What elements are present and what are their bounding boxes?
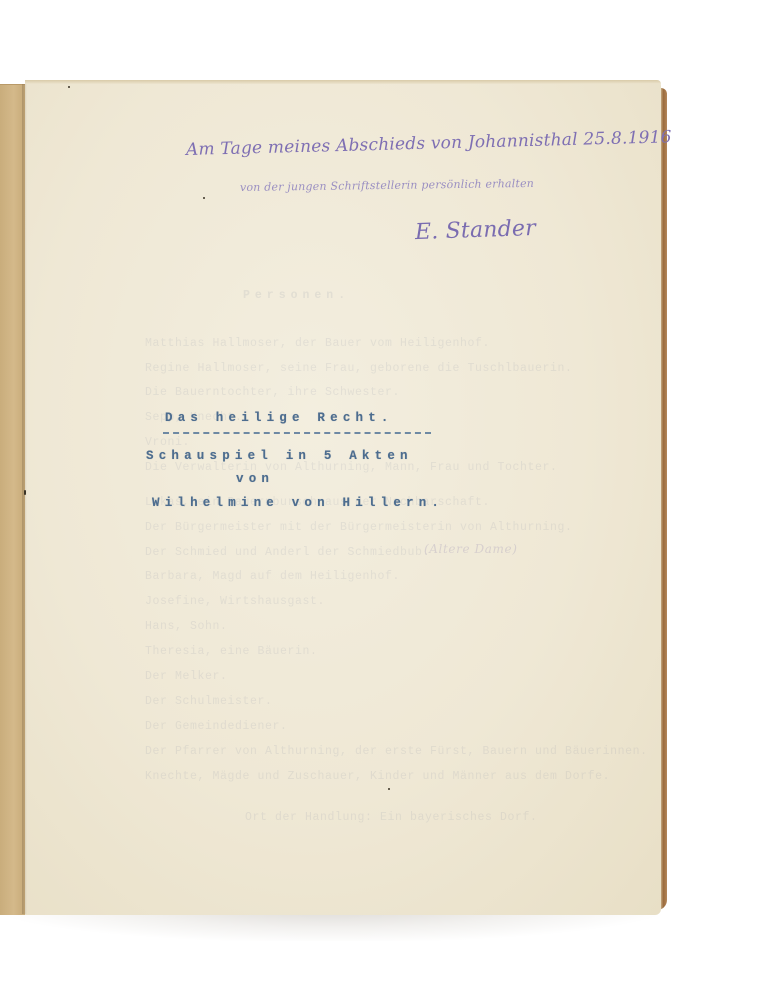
bleed-through-line: Knechte, Mägde und Zuschauer, Kinder und…	[145, 770, 610, 783]
handwritten-signature: E. Stander	[415, 216, 537, 245]
bleed-through-line: Josefine, Wirtshausgast.	[145, 595, 325, 608]
bleed-through-line: Matthias Hallmoser, der Bauer vom Heilig…	[145, 337, 490, 350]
paper-speck	[388, 788, 390, 790]
bleed-through-line: Der Gemeindediener.	[145, 720, 288, 733]
paper-speck	[24, 490, 26, 495]
bleed-through-handwritten-note: (Altere Dame)	[424, 542, 518, 556]
bleed-through-line: Der Schmied und Anderl der Schmiedbub.	[145, 546, 430, 559]
bleed-through-line: Barbara, Magd auf dem Heiligenhof.	[145, 570, 400, 583]
bleed-through-heading: Personen.	[243, 289, 350, 302]
paper-speck	[68, 86, 70, 88]
paper-speck	[203, 197, 205, 199]
bleed-through-line: Regine Hallmoser, seine Frau, geborene d…	[145, 362, 573, 375]
page-top-edge	[25, 80, 661, 84]
bleed-through-line: Vroni.	[145, 436, 190, 449]
binding-gutter-shadow	[22, 84, 27, 914]
author-name: Wilhelmine von Hillern.	[152, 496, 444, 510]
play-title: Das heilige Recht.	[165, 411, 394, 425]
bleed-through-footer: Ort der Handlung: Ein bayerisches Dorf.	[245, 811, 538, 824]
bleed-through-line: Theresia, eine Bäuerin.	[145, 645, 318, 658]
bleed-through-line: Hans, Sohn.	[145, 620, 228, 633]
bleed-through-line: Der Bürgermeister mit der Bürgermeisteri…	[145, 521, 573, 534]
bleed-through-line: Die Bauerntochter, ihre Schwester.	[145, 386, 400, 399]
bleed-through-line: Der Melker.	[145, 670, 228, 683]
title-underline	[163, 432, 431, 434]
byline-von: von	[236, 472, 274, 486]
bleed-through-line: Der Schulmeister.	[145, 695, 273, 708]
play-subtitle: Schauspiel in 5 Akten	[146, 449, 413, 463]
bleed-through-line: Der Pfarrer von Althurning, der erste Fü…	[145, 745, 648, 758]
